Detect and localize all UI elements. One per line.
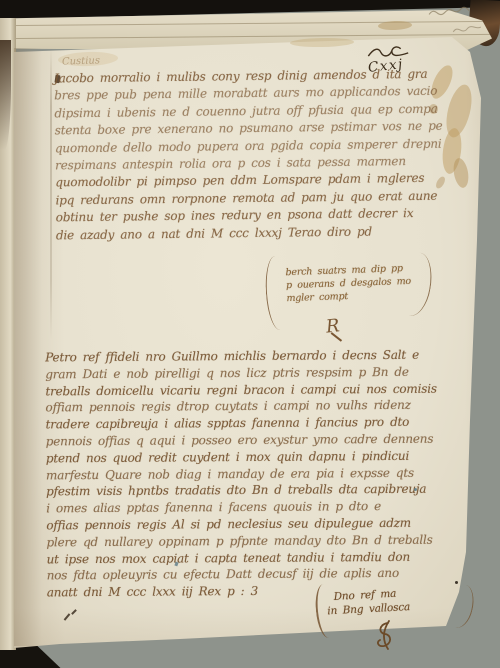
text-block-lower: Petro ref ffideli nro Guillmo michlis be…	[45, 347, 438, 602]
notarial-sign-icon	[372, 620, 398, 650]
faint-heading: Custius	[62, 55, 100, 67]
ink-speck	[455, 581, 458, 584]
chancery-closing-note: Dno ref ma in Bng vallosca	[333, 587, 410, 618]
page-crease-line	[50, 48, 52, 340]
text-block-upper: Jacobo morralio i mulibs cony resp dinig…	[54, 66, 444, 245]
teal-ink-speck	[414, 488, 417, 491]
gutter-inner-shadow	[14, 48, 42, 646]
manuscript-page-scan: Cxxj Custius Jacobo morralio i mulibs co…	[0, 0, 500, 668]
leaf-edge-line	[6, 21, 492, 26]
